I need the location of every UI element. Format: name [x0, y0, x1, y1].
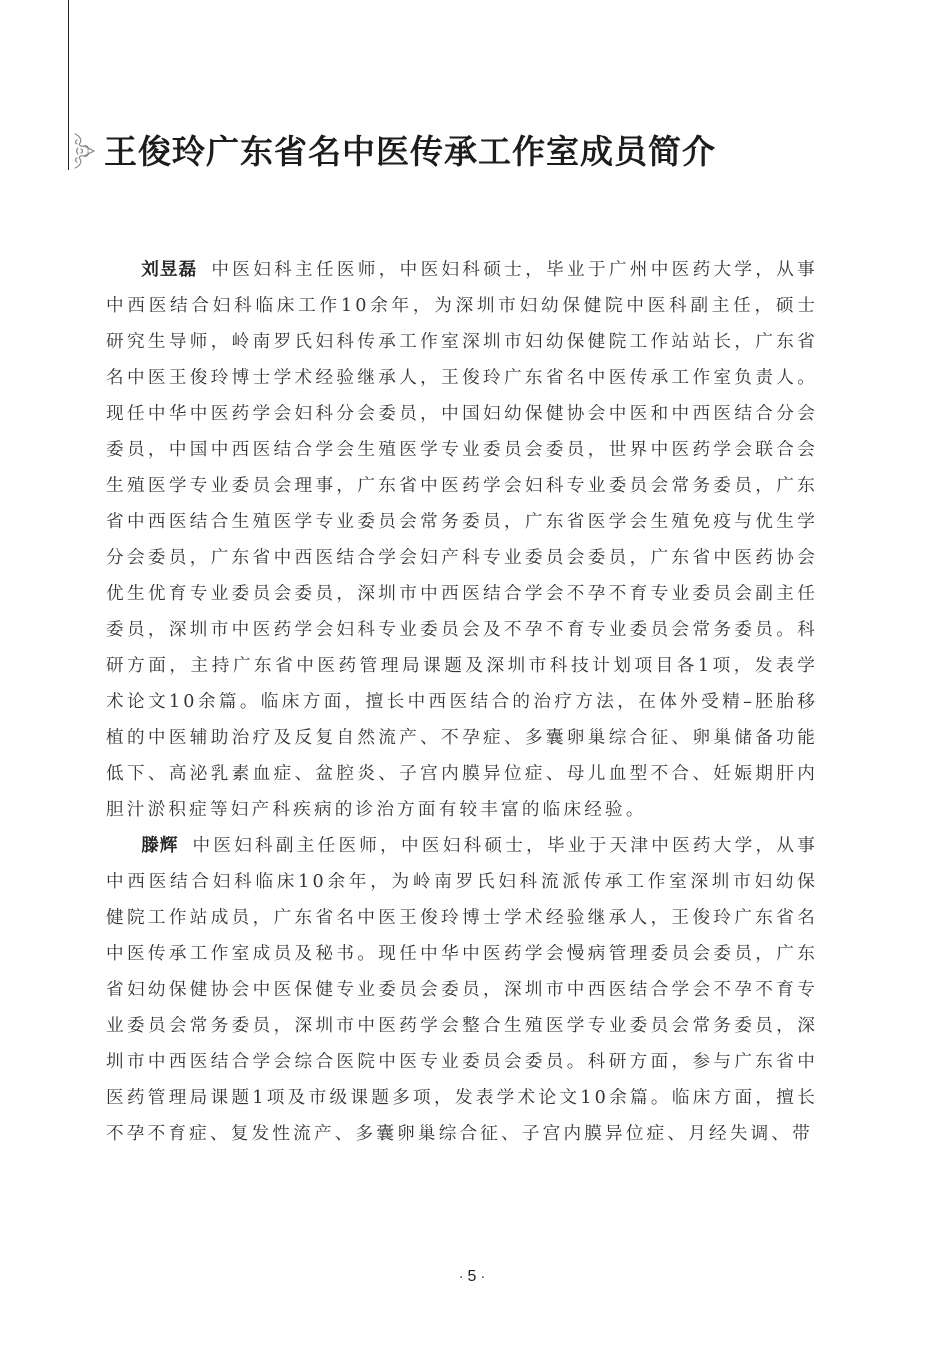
page-title: 王俊玲广东省名中医传承工作室成员简介: [104, 128, 716, 176]
page-dot-right: ·: [480, 1268, 485, 1284]
member-bio-text: 中医妇科主任医师，中医妇科硕士，毕业于广州中医药大学，从事中西医结合妇科临床工作…: [106, 260, 818, 820]
member-name: 刘昱磊: [141, 260, 197, 280]
margin-rule: [68, 0, 69, 170]
page-number: ·5·: [0, 1268, 944, 1286]
page-dot-left: ·: [459, 1268, 464, 1284]
member-bio-text: 中医妇科副主任医师，中医妇科硕士，毕业于天津中医药大学，从事中西医结合妇科临床1…: [106, 836, 818, 1144]
member-bio-paragraph: 滕辉中医妇科副主任医师，中医妇科硕士，毕业于天津中医药大学，从事中西医结合妇科临…: [106, 828, 818, 1152]
page-number-value: 5: [468, 1268, 477, 1285]
member-bio-paragraph: 刘昱磊中医妇科主任医师，中医妇科硕士，毕业于广州中医药大学，从事中西医结合妇科临…: [106, 252, 818, 828]
member-bios: 刘昱磊中医妇科主任医师，中医妇科硕士，毕业于广州中医药大学，从事中西医结合妇科临…: [106, 252, 818, 1152]
member-name: 滕辉: [141, 836, 178, 856]
cloud-scroll-ornament-icon: [72, 132, 98, 170]
